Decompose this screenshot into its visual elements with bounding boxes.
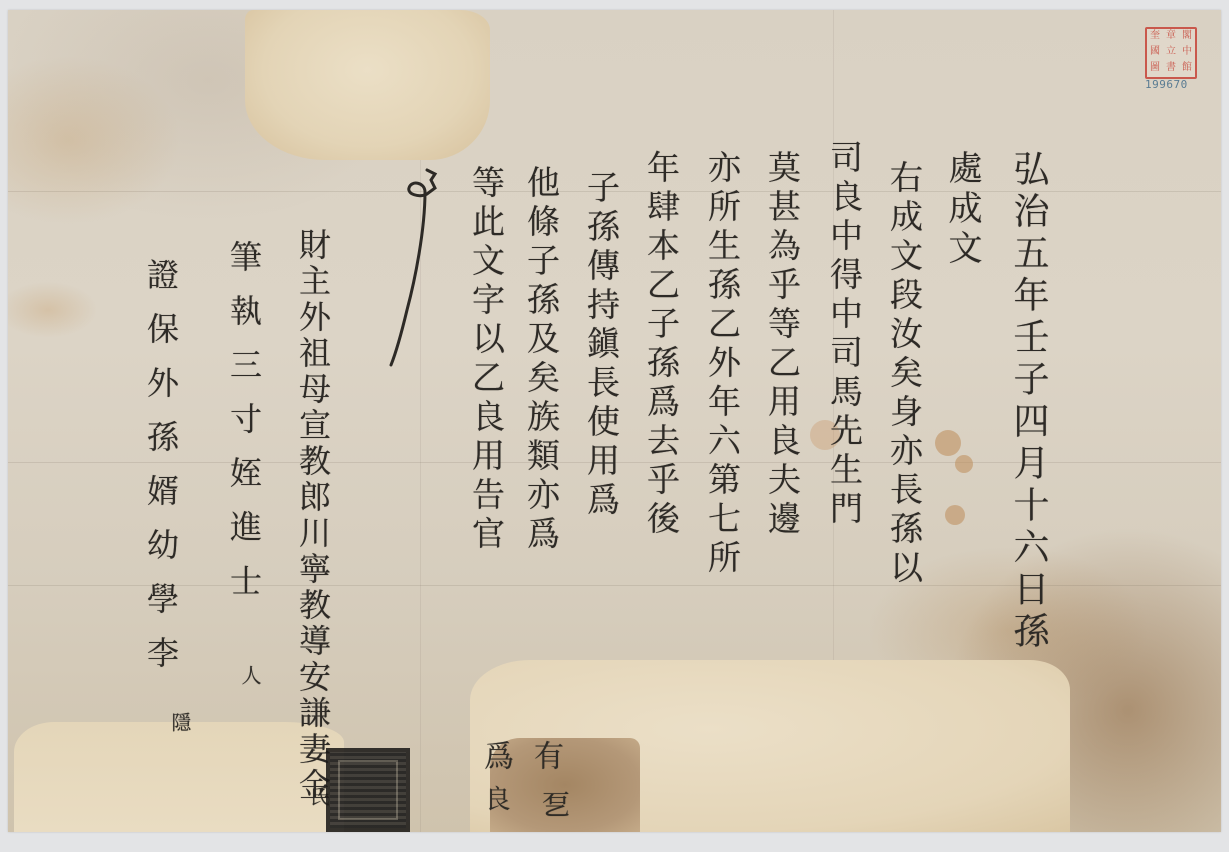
text-column-6: 亦所生孫乙外年六第七所	[706, 150, 739, 579]
damaged-fragment: 良	[482, 785, 508, 817]
water-stain	[955, 455, 973, 473]
text-column-10: 等此文字以乙良用告官	[470, 165, 503, 555]
seal-glyph: 書	[1163, 61, 1179, 77]
seal-glyph: 閣	[1179, 29, 1195, 45]
text-column-2: 處成文	[945, 150, 979, 270]
text-column-9: 他條子孫及矣族類亦爲	[525, 165, 558, 555]
text-column-3: 右成文段汝矣身亦長孫以	[888, 160, 921, 589]
text-column-1: 弘治五年壬子四月十六日孫	[1010, 150, 1046, 654]
seal-glyph: 奎	[1147, 29, 1163, 45]
damaged-fragment: 有	[530, 740, 560, 776]
water-stain	[945, 505, 965, 525]
signatory-owner: 財主外祖母宣教郎川寧教導安謙妻金	[297, 228, 329, 804]
seal-glyph: 中	[1179, 45, 1195, 61]
ink-seal	[326, 748, 410, 832]
signatory-witness-tail: 隱	[170, 712, 190, 738]
text-column-5: 莫甚為乎等乙用良夫邊	[766, 150, 799, 540]
seal-glyph: 立	[1163, 45, 1179, 61]
collection-seal: 奎 章 閣 國 立 中 圖 書 館	[1145, 27, 1197, 79]
seal-glyph: 章	[1163, 29, 1179, 45]
damaged-fragment: 乭	[540, 790, 568, 824]
seal-glyph: 館	[1179, 61, 1195, 77]
seal-glyph: 國	[1147, 45, 1163, 61]
text-column-7: 年肆本乙子孫爲去乎後	[645, 150, 678, 540]
signatory-scribe: 筆執三寸姪進士	[228, 240, 260, 618]
signature-mark-icon	[385, 160, 445, 370]
catalog-number: 199670	[1145, 78, 1188, 91]
text-column-8: 子孫傳持鎭長使用爲	[585, 170, 618, 521]
repair-patch-top	[245, 10, 490, 160]
signatory-owner-tail: 氏	[308, 786, 328, 812]
signatory-witness: 證保外孫婿幼學李	[145, 258, 177, 690]
signatory-scribe-tail: 人	[240, 665, 260, 691]
damaged-fragment: 爲	[480, 740, 510, 776]
seal-glyph: 圖	[1147, 61, 1163, 77]
water-stain	[935, 430, 961, 456]
text-column-4: 司良中得中司馬先生門	[828, 140, 861, 530]
